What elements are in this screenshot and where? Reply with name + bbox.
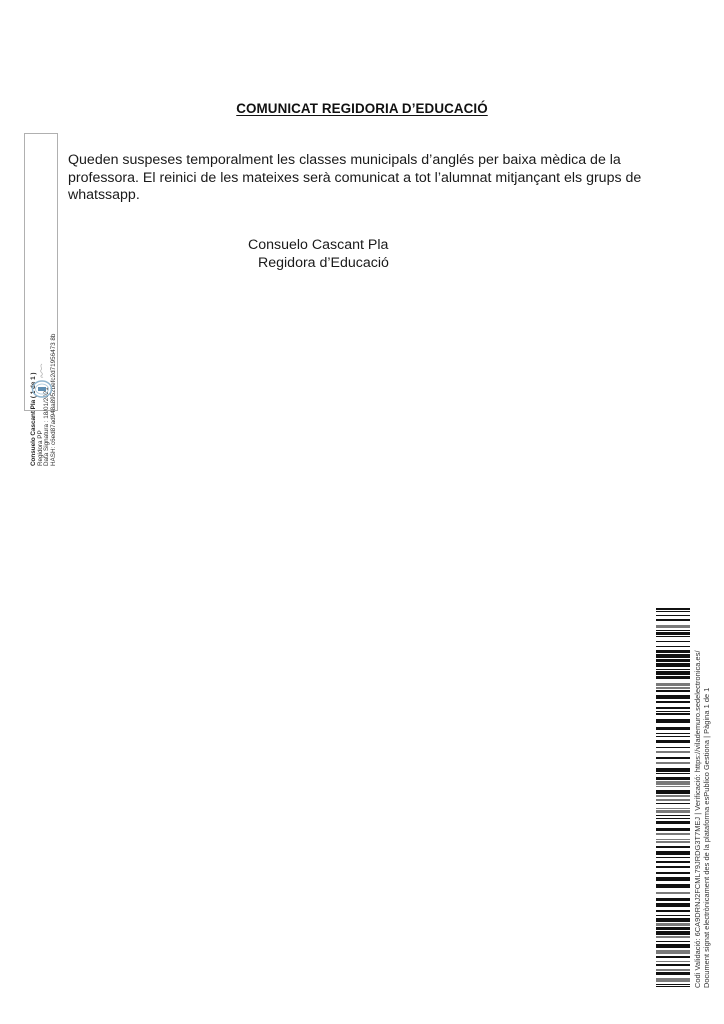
- verification-text: Codi Validació: 6CA9DRNJ2FCML79JRDG3T7ME…: [693, 650, 711, 988]
- municipal-seal-icon: [30, 362, 54, 400]
- signer-name: Consuelo Cascant Pla: [248, 236, 389, 254]
- barcode-icon: [656, 608, 690, 988]
- verification-platform: Document signat electrònicament des de l…: [702, 650, 711, 988]
- signer-role: Regidora d’Educació: [248, 254, 389, 272]
- signature-block: Consuelo Cascant Pla Regidora d’Educació: [248, 236, 389, 272]
- document-title: COMUNICAT REGIDORIA D’EDUCACIÓ: [0, 101, 724, 116]
- signature-stamp: Consuelo Cascant Pla ( 1 de 1 ) Regidora…: [24, 133, 58, 411]
- verification-code: Codi Validació: 6CA9DRNJ2FCML79JRDG3T7ME…: [693, 650, 702, 988]
- document-body: Queden suspeses temporalment les classes…: [68, 152, 658, 205]
